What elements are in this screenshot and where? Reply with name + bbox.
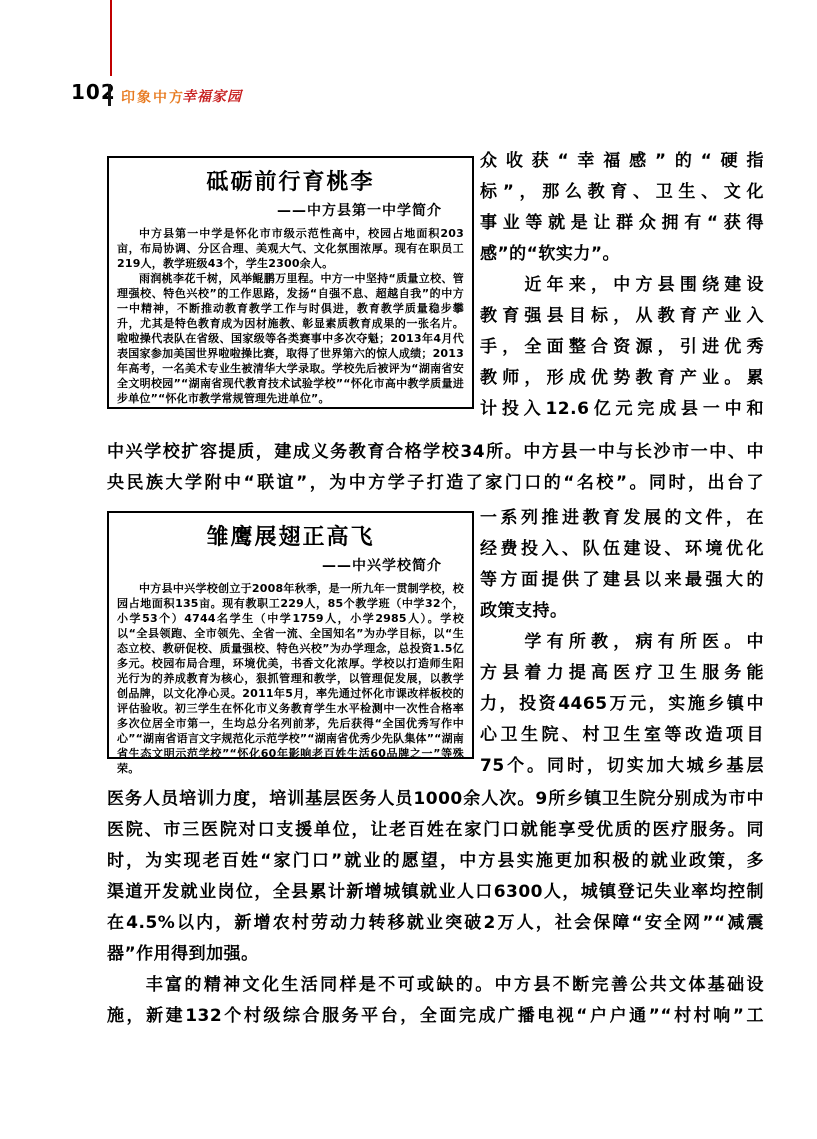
text-line: 央民族大学附中“联谊”，为中方学子打造了家门口的“名校”。同时，出台了: [107, 468, 764, 499]
box1-title: 砥砺前行育桃李: [117, 165, 464, 196]
school-intro-box-zhongxing-school: 雏鹰展翅正高飞 ——中兴学校简介 中方县中兴学校创立于2008年秋季，是一所九年…: [107, 511, 474, 759]
text-line: 丰富的精神文化生活同样是不可或缺的。中方县不断完善公共文体基础设: [107, 970, 764, 1001]
text-line: 教育强县目标，从教育产业入: [480, 301, 764, 332]
body-text-fullwidth-2: 医务人员培训力度，培训基层医务人员1000余人次。9所乡镇卫生院分别成为市中医院…: [107, 784, 764, 1032]
school-intro-box-first-middle-school: 砥砺前行育桃李 ——中方县第一中学简介 中方县第一中学是怀化市市级示范性高中，校…: [107, 156, 474, 409]
text-line: 心卫生院、村卫生室等改造项目: [480, 720, 764, 751]
text-line: 中兴学校扩容提质，建成义务教育合格学校34所。中方县一中与长沙市一中、中: [107, 437, 764, 468]
box2-body: 中方县中兴学校创立于2008年秋季，是一所九年一贯制学校，校园占地面积135亩。…: [117, 581, 464, 776]
text-line: 标”，那么教育、卫生、文化: [480, 177, 764, 208]
box-paragraph: 中方县第一中学是怀化市市级示范性高中，校园占地面积203亩，布局协调、分区合理、…: [117, 226, 464, 271]
box2-title: 雏鹰展翅正高飞: [117, 520, 464, 551]
text-line: 方县着力提高医疗卫生服务能: [480, 658, 764, 689]
text-line: 政策支持。: [480, 596, 764, 627]
text-line: 力，投资4465万元，实施乡镇中: [480, 689, 764, 720]
text-line: 学有所教，病有所医。中: [480, 627, 764, 658]
text-line: 医务人员培训力度，培训基层医务人员1000余人次。9所乡镇卫生院分别成为市中: [107, 784, 764, 815]
body-text-column-1: 众收获“幸福感”的“硬指标”，那么教育、卫生、文化事业等就是让群众拥有“获得感”…: [480, 146, 764, 425]
text-line: 感”的“软实力”。: [480, 239, 764, 270]
box-paragraph: 雨润桃李花千树，风举鲲鹏万里程。中方一中坚持“质量立校、管理强校、特色兴校”的工…: [117, 271, 464, 406]
text-line: 等方面提供了建县以来最强大的: [480, 565, 764, 596]
section-subtitle: 幸福家园: [182, 86, 242, 106]
section-title: 印象中方: [121, 87, 185, 107]
text-line: 经费投入、队伍建设、环境优化: [480, 534, 764, 565]
text-line: 时，为实现老百姓“家门口”就业的愿望，中方县实施更加积极的就业政策，多: [107, 846, 764, 877]
body-text-fullwidth-1: 中兴学校扩容提质，建成义务教育合格学校34所。中方县一中与长沙市一中、中央民族大…: [107, 437, 764, 499]
header-divider: [108, 84, 111, 106]
text-line: 医院、市三医院对口支援单位，让老百姓在家门口就能享受优质的医疗服务。同: [107, 815, 764, 846]
box2-subtitle: ——中兴学校简介: [117, 555, 442, 575]
box1-body: 中方县第一中学是怀化市市级示范性高中，校园占地面积203亩，布局协调、分区合理、…: [117, 226, 464, 406]
text-line: 近年来，中方县围绕建设: [480, 270, 764, 301]
box1-subtitle: ——中方县第一中学简介: [117, 200, 442, 220]
text-line: 教师，形成优势教育产业。累: [480, 363, 764, 394]
book-page: 102 印象中方 幸福家园 砥砺前行育桃李 ——中方县第一中学简介 中方县第一中…: [0, 0, 817, 1139]
text-line: 众收获“幸福感”的“硬指: [480, 146, 764, 177]
text-line: 一系列推进教育发展的文件，在: [480, 503, 764, 534]
text-line: 在4.5%以内，新增农村劳动力转移就业突破2万人，社会保障“安全网”“减震: [107, 908, 764, 939]
text-line: 事业等就是让群众拥有“获得: [480, 208, 764, 239]
top-red-rule: [110, 0, 112, 76]
text-line: 计投入12.6亿元完成县一中和: [480, 394, 764, 425]
text-line: 手，全面整合资源，引进优秀: [480, 332, 764, 363]
text-line: 渠道开发就业岗位，全县累计新增城镇就业人口6300人，城镇登记失业率均控制: [107, 877, 764, 908]
text-line: 75个。同时，切实加大城乡基层: [480, 751, 764, 782]
text-line: 器”作用得到加强。: [107, 939, 764, 970]
box-paragraph: 中方县中兴学校创立于2008年秋季，是一所九年一贯制学校，校园占地面积135亩。…: [117, 581, 464, 776]
text-line: 施，新建132个村级综合服务平台，全面完成广播电视“户户通”“村村响”工: [107, 1001, 764, 1032]
body-text-column-2: 一系列推进教育发展的文件，在经费投入、队伍建设、环境优化等方面提供了建县以来最强…: [480, 503, 764, 782]
